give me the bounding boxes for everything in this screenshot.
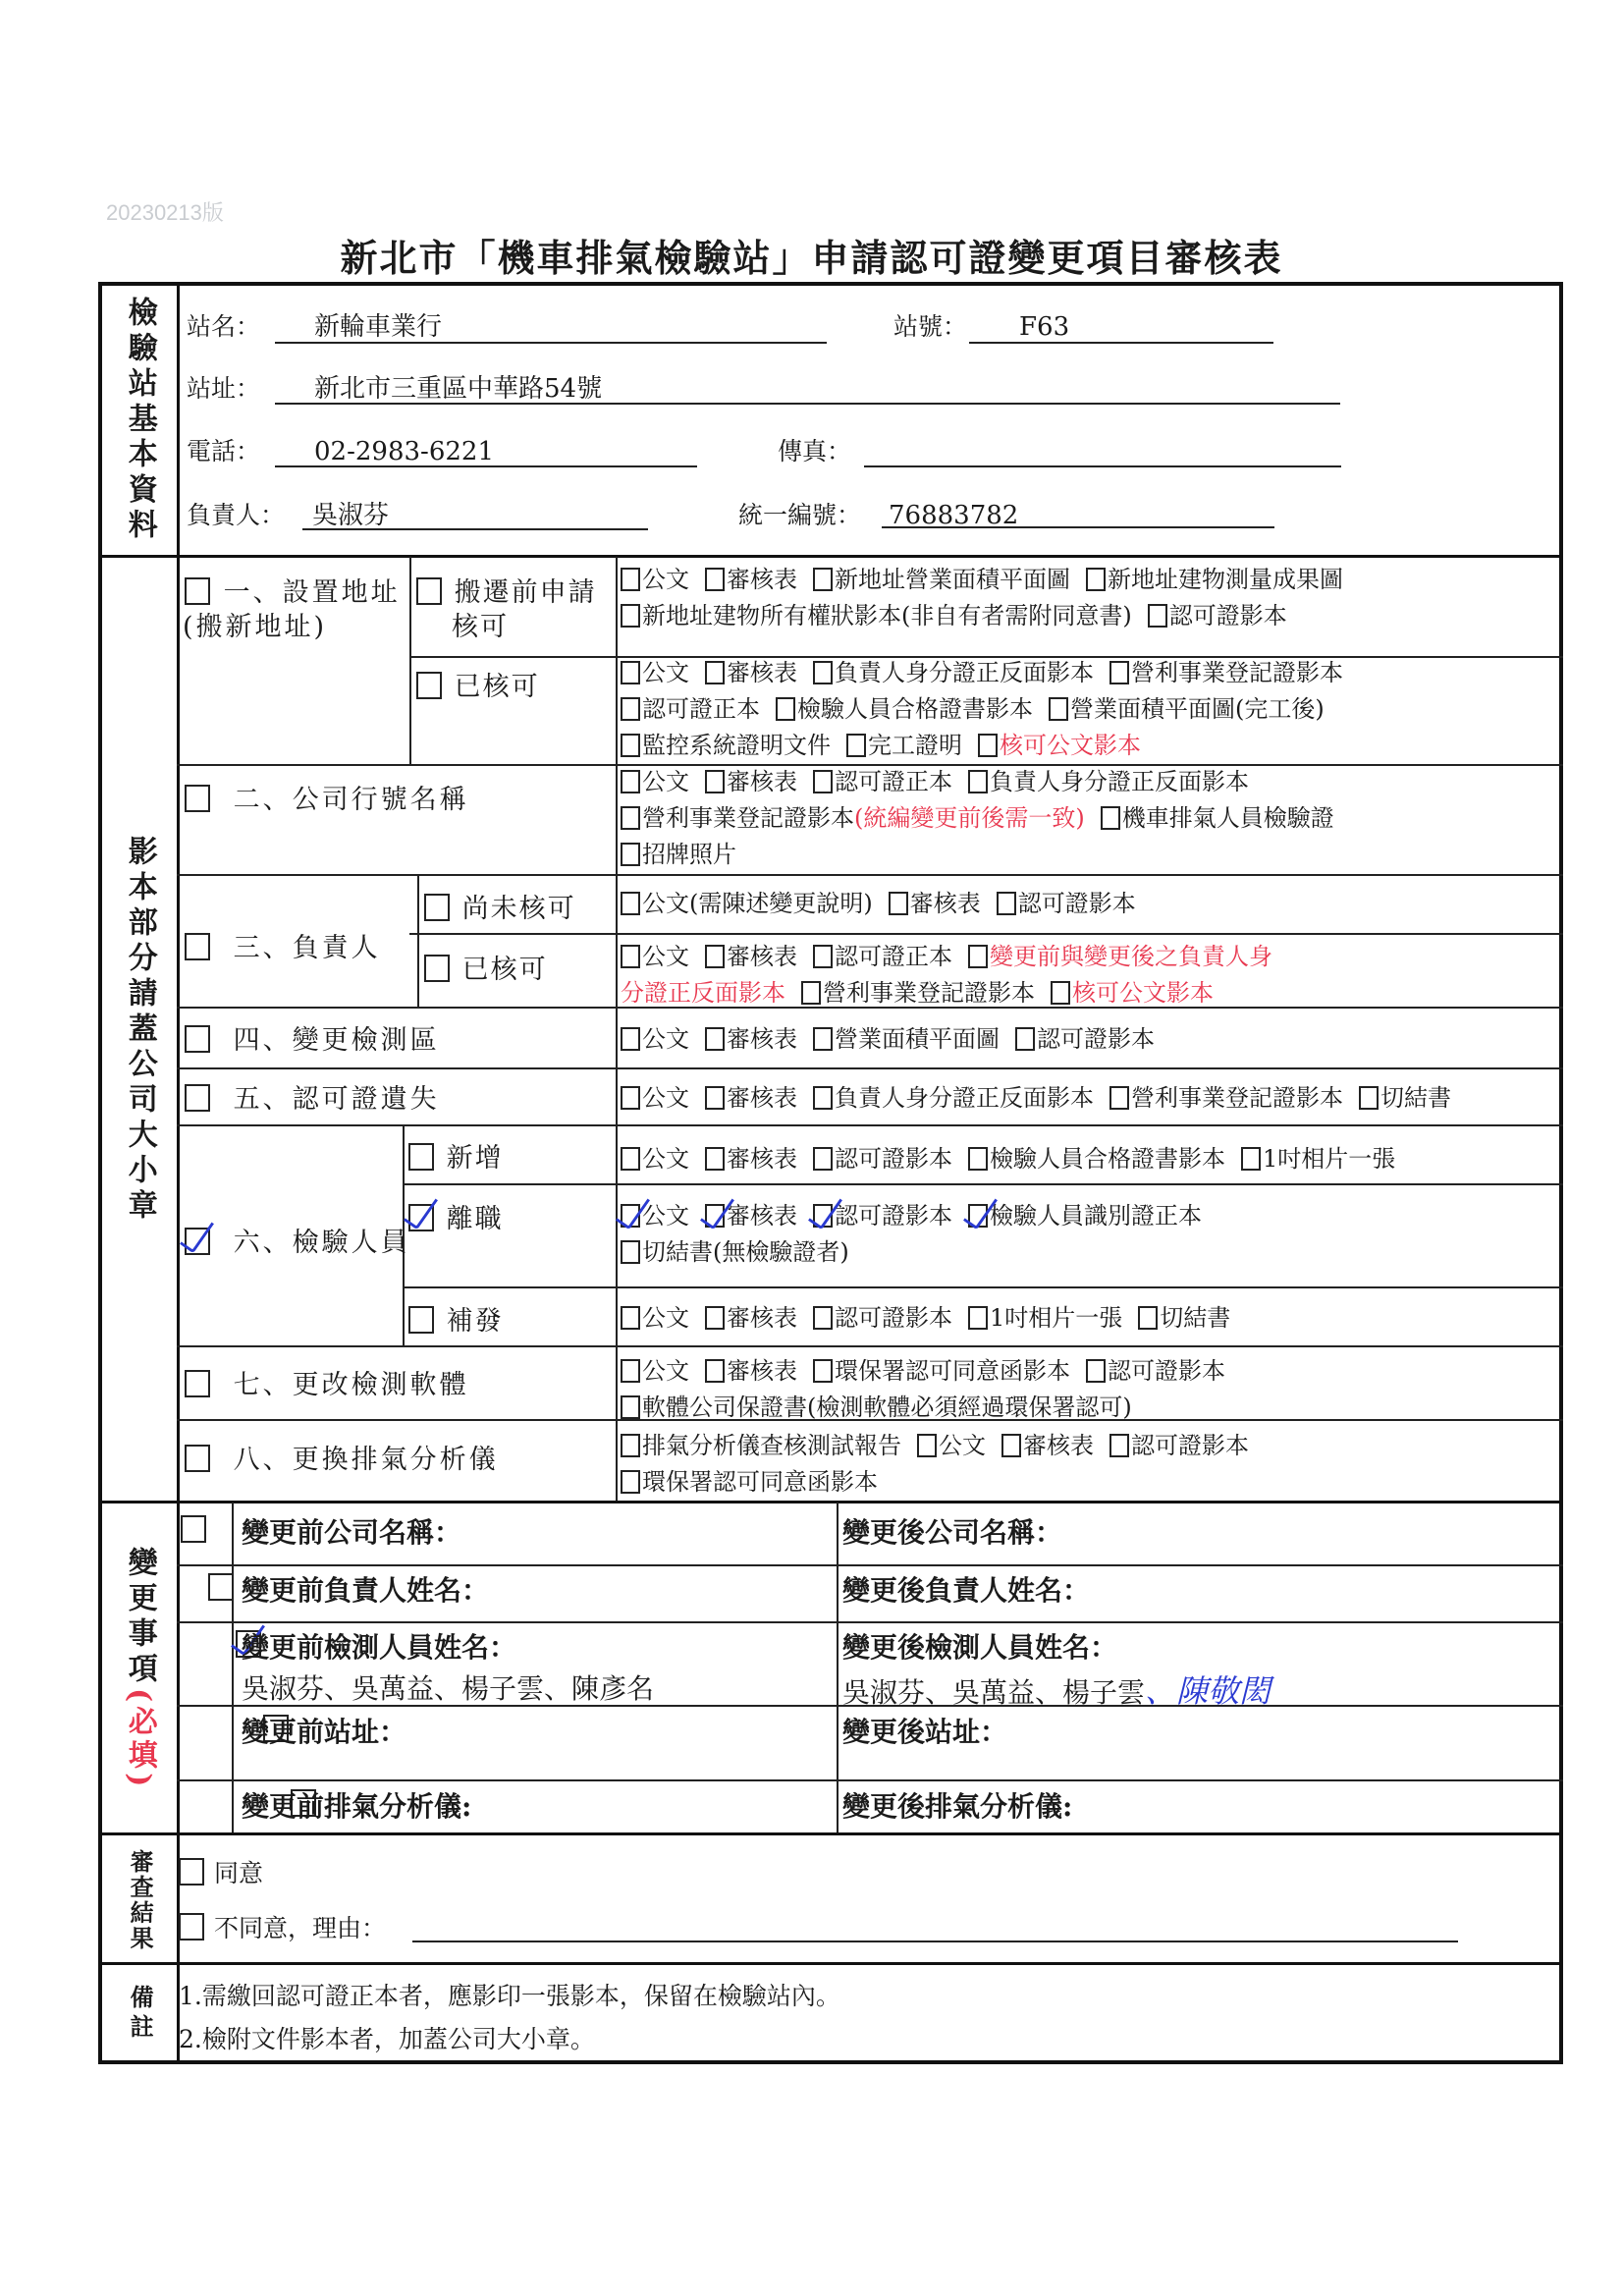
doc-label: 公文 [642,768,689,795]
doc-checkbox[interactable] [621,568,640,591]
doc-checkbox[interactable] [968,1204,988,1228]
doc-label: 認可證正本 [835,768,952,795]
before-label-text: 變更前排氣分析儀: [242,1790,471,1823]
doc-checkbox[interactable] [813,1027,833,1051]
doc-option[interactable]: 審核表 [889,890,981,917]
doc-option[interactable]: 認可證影本 [813,1304,952,1332]
doc-checklist-line: 營利事業登記證影本(統編變更前後需一致)機車排氣人員檢驗證 [621,806,1334,830]
doc-checklist-line: 新地址建物所有權狀影本(非自有者需附同意書)認可證影本 [621,604,1287,628]
version-stamp: 20230213版 [106,196,224,227]
doc-option[interactable]: 公文 [917,1432,986,1459]
change-before-after-divider [837,1503,839,1834]
item-6-sub-resign[interactable]: 離職 [408,1204,504,1232]
doc-checkbox[interactable] [1051,981,1070,1005]
doc-checkbox[interactable] [1109,1086,1129,1110]
doc-option[interactable]: 公文 [621,659,689,686]
change-row-checkbox[interactable] [208,1573,234,1601]
doc-checkbox[interactable] [621,945,640,968]
row-divider [409,933,1563,935]
row-divider [177,874,1563,876]
sub-label: 補發 [447,1306,504,1337]
doc-checklist-line: 軟體公司保證書(檢測軟體必須經過環保署認可) [621,1395,1132,1419]
doc-checkbox[interactable] [917,1434,937,1457]
change-before-label: 變更前公司名稱： [242,1519,461,1547]
doc-label: 負責人身分證正反面影本 [835,659,1094,686]
station-no-field[interactable] [969,342,1273,344]
note-2: 2.檢附文件影本者，加蓋公司大小章。 [179,2027,595,2051]
doc-checkbox[interactable] [705,1359,725,1383]
doc-checkbox[interactable] [1001,1434,1021,1457]
copy-section-label: 影本部分請蓋公司大小章 [102,560,177,1501]
copy-section-label-text: 影本部分請蓋公司大小章 [122,836,156,1225]
after-label-text: 變更後站址： [842,1716,1007,1748]
doc-checkbox[interactable] [621,661,640,684]
notes-label-text: 備註 [126,1985,153,2044]
section-divider [98,1501,1563,1503]
doc-option[interactable]: 切結書(無檢驗證者) [621,1238,849,1266]
doc-option[interactable]: 排氣分析儀查核測試報告 [621,1432,901,1459]
doc-option[interactable]: 公文 [621,1202,689,1230]
doc-label: 軟體公司保證書(檢測軟體必須經過環保署認可) [642,1394,1132,1421]
row-divider [177,1779,1563,1781]
doc-label: 營業面積平面圖(完工後) [1070,695,1325,723]
doc-checkbox[interactable] [968,945,988,968]
station-name-field[interactable] [275,342,827,344]
doc-label: 核可公文影本 [1000,732,1141,759]
doc-label: 完工證明 [868,732,962,759]
sub-checkbox[interactable] [408,1306,434,1334]
doc-checkbox[interactable] [846,734,866,757]
doc-label: 審核表 [727,566,797,593]
doc-checkbox[interactable] [813,1086,833,1110]
doc-option[interactable]: 認可證影本 [1086,1357,1225,1385]
agree-label: 同意 [214,1859,263,1887]
doc-checkbox[interactable] [776,697,795,721]
doc-option[interactable]: 認可證影本 [813,1145,952,1173]
doc-option[interactable]: 審核表 [705,943,797,970]
doc-option[interactable]: 招牌照片 [621,841,736,868]
doc-option[interactable]: 核可公文影本 [978,732,1141,759]
doc-checklist-line: 公文審核表負責人身分證正反面影本營利事業登記證影本切結書 [621,1086,1451,1110]
row-divider [403,1183,1563,1185]
doc-label: 公文 [642,1202,689,1230]
change-after-value[interactable]: 吳淑芬、吳萬益、楊子雲、陳敬閎 [842,1675,1271,1707]
item-label: 五、認可證遺失 [234,1084,440,1115]
doc-label: 營利事業登記證影本 [1131,659,1343,686]
doc-checklist-line: 公文審核表營業面積平面圖認可證影本 [621,1027,1155,1051]
doc-option[interactable]: 檢驗人員識別證正本 [968,1202,1202,1230]
change-before-label: 變更前負責人姓名： [242,1577,489,1605]
doc-option[interactable]: 軟體公司保證書(檢測軟體必須經過環保署認可) [621,1394,1132,1421]
doc-label: 公文 [939,1432,986,1459]
doc-option[interactable]: 認可證影本 [997,890,1136,917]
doc-checkbox[interactable] [621,770,640,793]
doc-option[interactable]: 負責人身分證正反面影本 [968,768,1249,795]
doc-option[interactable]: 完工證明 [846,732,962,759]
doc-checkbox[interactable] [813,945,833,968]
doc-label: 營利事業登記證影本 [823,979,1035,1007]
doc-option[interactable]: 公文 [621,1304,689,1332]
doc-checkbox[interactable] [1359,1086,1379,1110]
item-6-inspectors[interactable]: 六、檢驗人員 [185,1228,410,1256]
doc-checklist-line: 公文審核表環保署認可同意函影本認可證影本 [621,1359,1225,1383]
item-8-analyzer[interactable]: 八、更換排氣分析儀 [185,1445,499,1473]
sub-checkbox[interactable] [424,894,450,921]
sub-column-divider [409,557,411,764]
station-no-value: F63 [1019,314,1069,340]
doc-option[interactable]: 負責人身分證正反面影本 [813,1084,1094,1112]
doc-checklist-line: 公文審核表認可證正本負責人身分證正反面影本 [621,770,1249,793]
item-3-sub-approved[interactable]: 已核可 [424,955,548,983]
doc-label: 公文 [642,1145,689,1173]
doc-option[interactable]: 認可證正本 [813,943,952,970]
doc-checkbox[interactable] [801,981,821,1005]
basic-info-label-text: 檢驗站基本資料 [122,297,156,544]
item-1-sub-approved[interactable]: 已核可 [416,672,540,700]
doc-option[interactable]: 審核表 [705,1145,797,1173]
doc-label: 認可證影本 [1108,1357,1225,1385]
review-label-text: 審查結果 [126,1849,153,1951]
doc-label: 審核表 [727,943,797,970]
doc-option[interactable]: 認可證影本 [1015,1025,1155,1053]
doc-checkbox[interactable] [705,1027,725,1051]
doc-option[interactable]: 新地址建物所有權狀影本(非自有者需附同意書) [621,602,1132,629]
sub-label: 已核可 [462,955,548,985]
item-4-test-area[interactable]: 四、變更檢測區 [185,1025,440,1054]
agree-option[interactable]: 同意 [179,1858,263,1886]
doc-checkbox[interactable] [1086,568,1106,591]
doc-label: 檢驗人員合格證書影本 [990,1145,1225,1173]
owner-label: 負責人： [187,503,285,527]
doc-label: 切結書 [1160,1304,1230,1332]
row-divider [177,1067,1563,1069]
doc-option[interactable]: 變更前與變更後之負責人身 [968,943,1272,970]
row-divider [177,1564,1563,1566]
basic-info-section-label: 檢驗站基本資料 [102,287,177,554]
doc-checkbox[interactable] [705,568,725,591]
doc-checkbox[interactable] [621,1240,640,1264]
doc-option[interactable]: 公文 [621,1357,689,1385]
fax-label: 傳真： [778,439,851,464]
doc-checkbox[interactable] [1138,1306,1158,1330]
doc-option[interactable]: 監控系統證明文件 [621,732,831,759]
doc-checklist-line: 招牌照片 [621,843,736,866]
doc-label: 認可證正本 [642,695,760,723]
doc-option[interactable]: 認可證影本 [1148,602,1287,629]
doc-checkbox[interactable] [621,604,640,628]
doc-option[interactable]: 1吋相片一張 [968,1304,1122,1332]
tax-id-value: 76883782 [889,503,1018,528]
doc-checklist-line: 分證正反面影本營利事業登記證影本核可公文影本 [621,981,1214,1005]
doc-checkbox[interactable] [1109,661,1129,684]
doc-checkbox[interactable] [705,1306,725,1330]
doc-option[interactable]: 認可證影本 [813,1202,952,1230]
disagree-label: 不同意，理由： [214,1914,386,1942]
doc-option[interactable]: 核可公文影本 [1051,979,1214,1007]
sub-checkbox[interactable] [416,577,442,605]
doc-checkbox[interactable] [813,1147,833,1171]
doc-label: 審核表 [910,890,981,917]
doc-label: 營業面積平面圖 [835,1025,1000,1053]
doc-option[interactable]: 營利事業登記證影本(統編變更前後需一致) [621,804,1085,832]
doc-option[interactable]: 營利事業登記證影本 [801,979,1035,1007]
doc-label: 檢驗人員識別證正本 [990,1202,1202,1230]
doc-label: 變更前與變更後之負責人身 [990,943,1272,970]
item-4-checkbox[interactable] [185,1025,210,1053]
doc-option[interactable]: 認可證正本 [813,768,952,795]
item-label: 四、變更檢測區 [234,1025,440,1056]
doc-checkbox[interactable] [978,734,998,757]
doc-option[interactable]: 公文 [621,1025,689,1053]
doc-checkbox[interactable] [997,892,1016,915]
change-before-label: 變更前檢測人員姓名： [242,1634,516,1662]
doc-option[interactable]: 審核表 [705,1084,797,1112]
before-label-text: 變更前檢測人員姓名： [242,1631,516,1664]
doc-checkbox[interactable] [621,1306,640,1330]
change-row-checkbox[interactable] [181,1515,206,1543]
item-7-checkbox[interactable] [185,1370,210,1397]
doc-option[interactable]: 切結書 [1138,1304,1230,1332]
doc-checklist-line: 公文審核表認可證正本變更前與變更後之負責人身 [621,945,1272,968]
owner-value: 吳淑芬 [312,503,389,528]
sub-checkbox[interactable] [408,1204,434,1231]
doc-label: 認可證影本 [1169,602,1287,629]
doc-label: 審核表 [727,1145,797,1173]
change-after-label: 變更後站址： [842,1719,1007,1746]
doc-checkbox[interactable] [705,770,725,793]
doc-checkbox[interactable] [813,1204,833,1228]
doc-label: 環保署認可同意函影本 [835,1357,1070,1385]
doc-option[interactable]: 審核表 [705,768,797,795]
doc-option[interactable]: 公文 [621,1145,689,1173]
sub-label-line2: 核可 [452,614,509,640]
change-section-label: 變更事項 (必填) [102,1505,177,1832]
doc-checkbox[interactable] [1241,1147,1261,1171]
sub-checkbox[interactable] [408,1143,434,1171]
doc-label: 營利事業登記證影本 [642,804,854,832]
disagree-reason-field[interactable] [412,1941,1458,1942]
doc-checkbox[interactable] [813,568,833,591]
doc-option[interactable]: 審核表 [705,1304,797,1332]
doc-option[interactable]: 審核表 [705,1025,797,1053]
sub-label: 新增 [447,1143,504,1174]
doc-option[interactable]: 審核表 [705,1357,797,1385]
doc-checkbox[interactable] [1148,604,1167,628]
row-divider [409,656,1563,658]
doc-checkbox[interactable] [621,892,640,915]
docs-column-divider [616,557,618,1503]
item-3-sub-not-approved[interactable]: 尚未核可 [424,894,576,922]
doc-label: 認可證影本 [835,1145,952,1173]
item-8-checkbox[interactable] [185,1445,210,1472]
doc-checkbox[interactable] [621,806,640,830]
doc-checkbox[interactable] [621,734,640,757]
doc-option[interactable]: 分證正反面影本 [621,979,785,1007]
doc-label: 審核表 [1023,1432,1094,1459]
doc-option[interactable]: 切結書 [1359,1084,1451,1112]
doc-checkbox[interactable] [1101,806,1120,830]
doc-checkbox[interactable] [621,843,640,866]
before-label-text: 變更前公司名稱： [242,1516,461,1549]
doc-label: 公文 [642,1025,689,1053]
doc-label: 公文(需陳述變更說明) [642,890,873,917]
doc-label: 公文 [642,566,689,593]
doc-checkbox[interactable] [621,1395,640,1419]
doc-label: 環保署認可同意函影本 [642,1468,878,1496]
doc-checkbox[interactable] [968,1306,988,1330]
doc-checkbox[interactable] [968,1147,988,1171]
doc-label: 認可證影本 [835,1202,952,1230]
row-divider [177,764,1563,766]
before-label-text: 變更前負責人姓名： [242,1574,489,1607]
doc-checkbox[interactable] [813,661,833,684]
doc-option[interactable]: 環保署認可同意函影本 [813,1357,1070,1385]
doc-label: 審核表 [727,1084,797,1112]
review-section-label: 審查結果 [102,1838,177,1962]
doc-label: 審核表 [727,768,797,795]
address-label: 站址： [187,376,260,401]
sub-label: 搬遷前申請 [455,577,597,608]
doc-option[interactable]: 機車排氣人員檢驗證 [1101,804,1334,832]
item-1-setup-address[interactable]: 一、設置地址 [185,577,401,606]
disagree-checkbox[interactable] [179,1913,204,1941]
doc-checklist-line: 公文審核表認可證影本1吋相片一張切結書 [621,1306,1230,1330]
disagree-option[interactable]: 不同意，理由： [179,1913,386,1941]
doc-checkbox[interactable] [705,1204,725,1228]
doc-checkbox[interactable] [621,697,640,721]
doc-label: 公文 [642,943,689,970]
item-label: 三、負責人 [234,933,381,963]
doc-checkbox[interactable] [889,892,908,915]
section-divider [98,1962,1563,1965]
item-5-license-lost[interactable]: 五、認可證遺失 [185,1084,440,1113]
item-3-checkbox[interactable] [185,933,210,960]
doc-checklist-line: 公文審核表負責人身分證正反面影本營利事業登記證影本 [621,661,1343,684]
doc-checkbox[interactable] [813,770,833,793]
doc-label: 認可證影本 [835,1304,952,1332]
doc-checkbox[interactable] [621,1470,640,1494]
row-divider [177,1345,1563,1347]
doc-option[interactable]: 營利事業登記證影本 [1109,659,1343,686]
doc-label: 監控系統證明文件 [642,732,831,759]
doc-checkbox[interactable] [705,1086,725,1110]
change-rows: 變更前公司名稱：變更後公司名稱：變更前負責人姓名：變更後負責人姓名：變更前檢測人… [0,0,1623,27]
doc-checkbox[interactable] [621,1359,640,1383]
doc-checkbox[interactable] [1015,1027,1035,1051]
doc-checklist-line: 排氣分析儀查核測試報告公文審核表認可證影本 [621,1434,1249,1457]
row-divider [177,1007,1563,1009]
after-label-text: 變更後排氣分析儀: [842,1790,1072,1823]
change-before-value[interactable]: 吳淑芬、吳萬益、楊子雲、陳彥名 [242,1675,654,1703]
item-6-checkbox[interactable] [185,1228,210,1255]
doc-checkbox[interactable] [621,1434,640,1457]
doc-checkbox[interactable] [705,945,725,968]
fax-field[interactable] [864,465,1341,467]
doc-option[interactable]: 審核表 [705,659,797,686]
item-1-sub-before-move[interactable]: 搬遷前申請 [416,577,597,606]
row-divider [403,1286,1563,1288]
item-1-checkbox[interactable] [185,577,210,605]
doc-checkbox[interactable] [1109,1434,1129,1457]
doc-checkbox[interactable] [1049,697,1068,721]
doc-checkbox[interactable] [813,1306,833,1330]
section-divider [98,555,1563,558]
doc-label: 機車排氣人員檢驗證 [1122,804,1334,832]
note-1: 1.需繳回認可證正本者，應影印一張影本，保留在檢驗站內。 [179,1984,840,2008]
agree-checkbox[interactable] [179,1858,204,1886]
doc-option[interactable]: 環保署認可同意函影本 [621,1468,878,1496]
doc-option[interactable]: 新地址營業面積平面圖 [813,566,1070,593]
row-divider [177,1124,1563,1126]
sub-label: 離職 [447,1204,504,1234]
doc-option[interactable]: 負責人身分證正反面影本 [813,659,1094,686]
doc-option[interactable]: 公文 [621,1084,689,1112]
doc-checkbox[interactable] [968,770,988,793]
doc-option[interactable]: 檢驗人員合格證書影本 [968,1145,1225,1173]
doc-option[interactable]: 1吋相片一張 [1241,1145,1395,1173]
sub-checkbox[interactable] [416,672,442,699]
doc-checkbox[interactable] [621,1204,640,1228]
doc-label: 切結書 [1380,1084,1451,1112]
doc-option[interactable]: 公文 [621,768,689,795]
sub-checkbox[interactable] [424,955,450,982]
doc-label: 切結書(無檢驗證者) [642,1238,849,1266]
change-after-label: 變更後排氣分析儀: [842,1793,1072,1821]
doc-checkbox[interactable] [813,1359,833,1383]
change-before-label: 變更前排氣分析儀: [242,1793,471,1821]
doc-checkbox[interactable] [705,661,725,684]
change-after-label: 變更後負責人姓名： [842,1577,1090,1605]
doc-option[interactable]: 審核表 [705,1202,797,1230]
doc-label: 認可證正本 [835,943,952,970]
after-value-text: 吳淑芬、吳萬益、楊子雲 [842,1676,1145,1709]
doc-checkbox[interactable] [621,1027,640,1051]
item-2-company-name[interactable]: 二、公司行號名稱 [185,785,469,813]
doc-option[interactable]: 認可證正本 [621,695,760,723]
doc-option[interactable]: 公文 [621,566,689,593]
item-5-checkbox[interactable] [185,1084,210,1112]
doc-option[interactable]: 營業面積平面圖 [813,1025,1000,1053]
section-divider [98,1832,1563,1835]
item-7-software[interactable]: 七、更改檢測軟體 [185,1370,469,1398]
doc-option[interactable]: 公文(需陳述變更說明) [621,890,873,917]
doc-label: 認可證影本 [1018,890,1136,917]
doc-option[interactable]: 檢驗人員合格證書影本 [776,695,1033,723]
doc-option[interactable]: 營業面積平面圖(完工後) [1049,695,1325,723]
doc-checkbox[interactable] [705,1147,725,1171]
doc-option[interactable]: 審核表 [705,566,797,593]
address-value: 新北市三重區中華路54號 [314,376,602,402]
doc-option[interactable]: 公文 [621,943,689,970]
doc-option[interactable]: 營利事業登記證影本 [1109,1084,1343,1112]
doc-option[interactable]: 新地址建物測量成果圖 [1086,566,1343,593]
doc-checkbox[interactable] [621,1147,640,1171]
item-3-owner[interactable]: 三、負責人 [185,933,381,961]
item-2-checkbox[interactable] [185,785,210,812]
notes-section-label: 備註 [102,1967,177,2060]
station-no-label: 站號： [893,314,967,339]
item-6-sub-add[interactable]: 新增 [408,1143,504,1172]
doc-red-note: (統編變更前後需一致) [854,804,1085,832]
doc-checkbox[interactable] [1086,1359,1106,1383]
item-6-sub-reissue[interactable]: 補發 [408,1306,504,1335]
doc-option[interactable]: 審核表 [1001,1432,1094,1459]
change-after-label: 變更後檢測人員姓名： [842,1634,1117,1662]
item-label: 六、檢驗人員 [234,1228,410,1258]
doc-checkbox[interactable] [621,1086,640,1110]
doc-option[interactable]: 認可證影本 [1109,1432,1249,1459]
sub-label: 已核可 [455,672,540,702]
